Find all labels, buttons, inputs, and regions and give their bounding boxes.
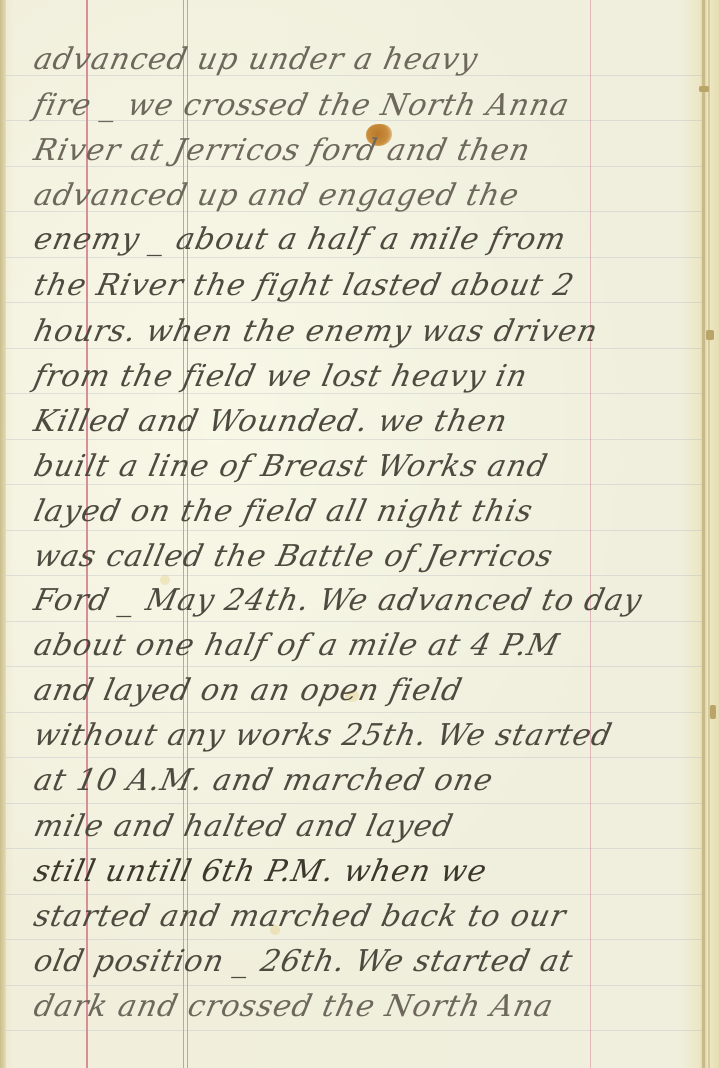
diary-line: River at Jerricos ford and then (30, 131, 699, 171)
diary-line: mile and halted and layed (30, 807, 699, 847)
ruled-line (6, 712, 702, 713)
ruled-line (6, 803, 702, 804)
diary-line: layed on the field all night this (30, 492, 699, 532)
page-left-edge (0, 0, 6, 1068)
binding-stitch (710, 705, 716, 719)
ruled-line (6, 666, 702, 667)
ruled-line (6, 894, 702, 895)
ruled-line (6, 985, 702, 986)
diary-line: advanced up and engaged the (30, 176, 699, 216)
diary-line: started and marched back to our (30, 897, 699, 937)
ruled-line (6, 757, 702, 758)
diary-line: old position _ 26th. We started at (30, 942, 699, 982)
ruled-line (6, 848, 702, 849)
diary-line: and layed on an open field (30, 671, 699, 711)
diary-line: still untill 6th P.M. when we (30, 852, 699, 892)
diary-line: without any works 25th. We started (30, 716, 699, 756)
ruled-line (6, 939, 702, 940)
diary-line: enemy _ about a half a mile from (30, 220, 699, 260)
page-binding-edge (702, 0, 705, 1068)
diary-line: Ford _ May 24th. We advanced to day (30, 581, 699, 621)
diary-line: was called the Battle of Jerricos (30, 537, 699, 577)
diary-line: at 10 A.M. and marched one (30, 761, 699, 801)
diary-line: from the field we lost heavy in (30, 357, 699, 397)
binding-stitch (699, 86, 709, 92)
diary-line: about one half of a mile at 4 P.M (30, 626, 699, 666)
diary-line: advanced up under a heavy (30, 40, 699, 80)
diary-line: hours. when the enemy was driven (30, 312, 699, 352)
diary-line: the River the fight lasted about 2 (30, 266, 699, 306)
ruled-line (6, 1030, 702, 1031)
binding-stitch (706, 330, 714, 340)
diary-line: built a line of Breast Works and (30, 447, 699, 487)
diary-line: Killed and Wounded. we then (30, 402, 699, 442)
diary-line: dark and crossed the North Ana (30, 987, 699, 1027)
page-binding-edge-inner (708, 0, 710, 1068)
ruled-line (6, 621, 702, 622)
diary-line: fire _ we crossed the North Anna (30, 86, 699, 126)
diary-page: advanced up under a heavy fire _ we cros… (0, 0, 719, 1068)
